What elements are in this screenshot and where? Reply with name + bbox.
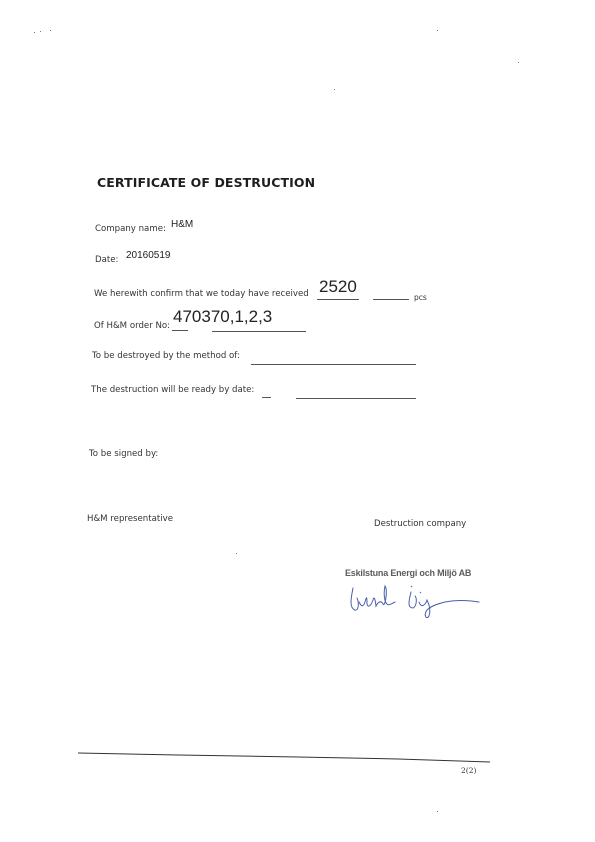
order-label: Of H&M order No: [94, 321, 170, 331]
signature [345, 580, 485, 620]
ready-date-label: The destruction will be ready by date: [91, 385, 254, 395]
pcs-unit: pcs [414, 293, 427, 302]
received-label: We herewith confirm that we today have r… [94, 289, 309, 299]
scan-speck [40, 31, 41, 32]
scan-speck [34, 32, 35, 33]
destruction-company-label: Destruction company [374, 519, 466, 529]
order-underline-1 [172, 330, 188, 331]
footer-rule [78, 750, 493, 766]
received-underline-2 [373, 299, 409, 300]
date-label: Date: [95, 255, 118, 265]
document-title: CERTIFICATE OF DESTRUCTION [97, 175, 315, 190]
ready-date-underline [296, 398, 416, 399]
ready-date-underline-short [262, 397, 271, 398]
order-underline-2 [212, 331, 306, 332]
date-value: 20160519 [126, 250, 171, 261]
company-name-label: Company name: [95, 224, 166, 234]
received-quantity: 2520 [319, 277, 357, 297]
method-label: To be destroyed by the method of: [92, 351, 240, 361]
destruction-company-stamp: Eskilstuna Energi och Miljö AB [345, 568, 471, 578]
order-number: 470370,1,2,3 [173, 307, 272, 327]
company-name-value: H&M [171, 219, 193, 230]
page-number: 2(2) [461, 766, 476, 775]
scan-speck [518, 62, 519, 63]
scan-speck [437, 811, 438, 812]
scan-speck [437, 30, 438, 31]
scan-speck [236, 553, 237, 554]
hm-representative-label: H&M representative [87, 514, 173, 524]
signed-by-label: To be signed by: [89, 449, 158, 459]
method-underline [251, 364, 416, 365]
received-underline-1 [317, 299, 359, 300]
scan-speck [50, 30, 51, 31]
scan-speck [334, 89, 335, 90]
